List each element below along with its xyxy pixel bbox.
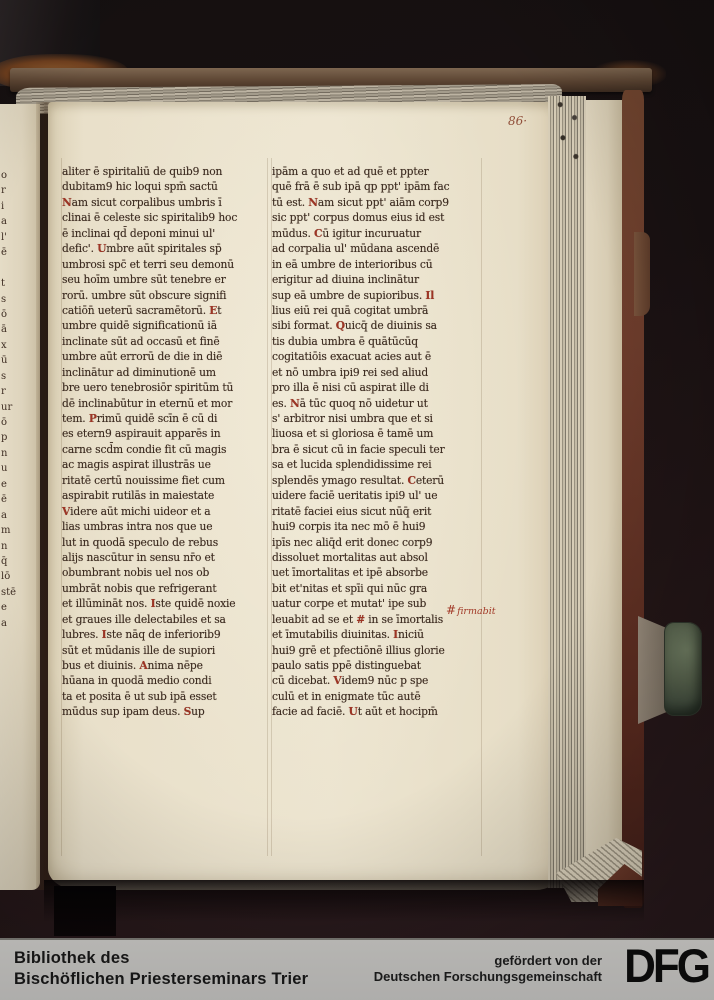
funding-credit-line1: gefördert von der	[374, 953, 602, 969]
digitized-manuscript-view: orial'ētsōāxūsrurōpnueēamnq̄lōstēea 86· …	[0, 0, 714, 1000]
funding-credit-line2: Deutschen Forschungsgemeinschaft	[374, 969, 602, 985]
library-name: Bibliothek des Bischöflichen Priestersem…	[14, 948, 308, 990]
funding-credit: gefördert von der Deutschen Forschungsge…	[374, 953, 602, 986]
footer-bar: Bibliothek des Bischöflichen Priestersem…	[0, 938, 714, 1000]
dfg-logo: DFG	[624, 940, 708, 994]
photo-backdrop: orial'ētsōāxūsrurōpnueēamnq̄lōstēea 86· …	[0, 0, 714, 938]
library-name-line1: Bibliothek des	[14, 948, 308, 969]
library-name-line2: Bischöflichen Priesterseminars Trier	[14, 969, 308, 990]
photo-vignette	[0, 0, 714, 938]
